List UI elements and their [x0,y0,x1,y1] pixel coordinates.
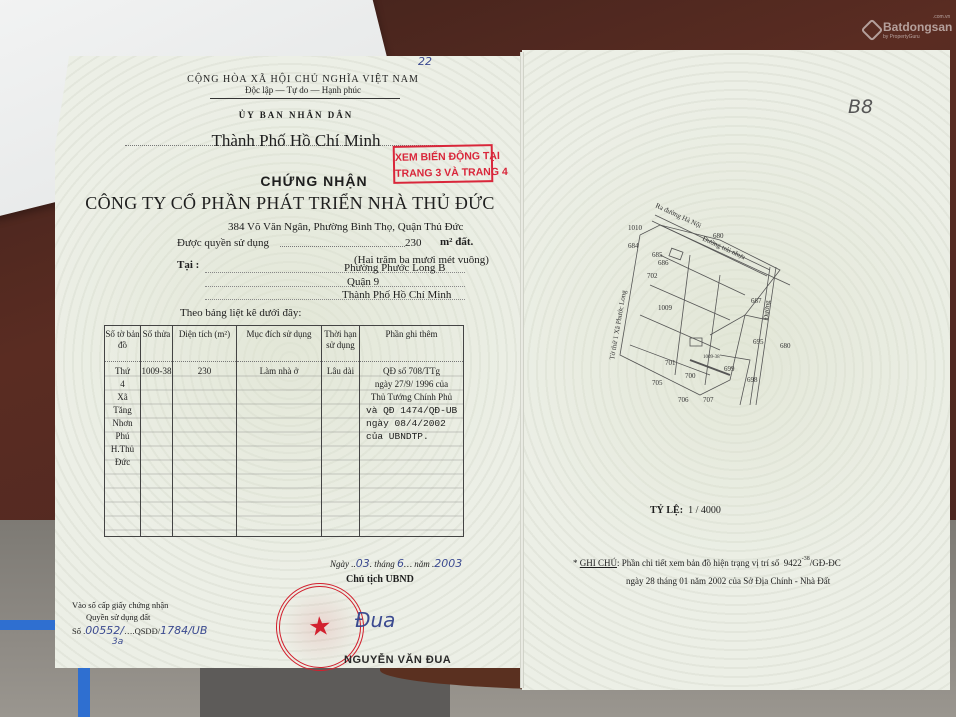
rights-dotted-line [280,246,405,247]
table-row: Thứ 4 Xã Tăng Nhơn Phú H.Thủ Đức 1009-38… [105,362,464,537]
signer-name: NGUYỄN VĂN ĐUA [344,654,451,666]
booklet-spine [520,52,524,688]
col-notes: Phần ghi thêm [360,326,464,362]
issue-day: 03 [356,557,370,570]
svg-text:1010: 1010 [628,224,643,232]
watermark-tagline: by PropertyGuru [883,34,952,40]
handwritten-page-number: 22 [418,55,432,68]
col-term: Thời hạn sử dụng [322,326,360,362]
svg-text:685: 685 [652,251,663,259]
chair-title: Chủ tịch UBND [346,574,414,585]
svg-text:699: 699 [724,365,735,373]
cell-term: Lâu dài [322,362,360,537]
svg-text:701: 701 [665,359,676,367]
svg-text:706: 706 [678,396,689,404]
national-motto: Độc lập — Tự do — Hạnh phúc [245,85,361,95]
svg-text:686: 686 [658,259,669,267]
registry-line-1: Vào số cấp giấy chứng nhận [72,600,168,610]
cell-parcel-no: 1009-38 [141,362,173,537]
area-value: 230 [405,237,422,249]
svg-text:702: 702 [647,272,658,280]
cell-map-sheet: Thứ 4 Xã Tăng Nhơn Phú H.Thủ Đức [105,362,141,537]
map-note-date: ngày 28 tháng 01 năm 2002 của Sở Địa Chí… [626,576,830,586]
svg-text:705: 705 [652,379,663,387]
map-scale: TỶ LỆ: 1 / 4000 [650,505,721,516]
col-parcel-no: Số thửa [141,326,173,362]
svg-text:680: 680 [780,342,791,350]
col-area: Diện tích (m²) [173,326,237,362]
certificate-title: CHỨNG NHẬN [260,173,367,189]
issue-date: Ngày ..03. tháng 6… năm .2003 [330,557,462,570]
svg-text:Đường: Đường [762,300,772,321]
issue-year: 2003 [434,557,462,570]
location-ward: Phường Phước Long B [344,262,445,274]
svg-text:1009-38: 1009-38 [703,355,720,360]
parcel-table: Số tờ bản đồ Số thửa Diện tích (m²) Mục … [104,325,464,537]
issue-month: 6 [397,557,404,570]
watermark: .com.vn Batdongsan by PropertyGuru [864,20,952,40]
watermark-brand: Batdongsan [883,20,952,34]
svg-text:707: 707 [703,396,714,404]
area-unit: m² đất. [440,236,473,248]
cell-notes: QĐ số 708/TTg ngày 27/9/ 1996 của Thủ Tư… [360,362,464,537]
star-icon: ★ [307,611,333,643]
location-label: Tại : [177,259,199,271]
parcel-map: Ra đường Hà Nội Đường trải nhựa Đường Tờ… [600,195,810,415]
svg-text:698: 698 [747,376,758,384]
house-logo-icon [861,19,884,42]
committee-label: ỦY BAN NHÂN DÂN [239,110,353,120]
holder-address: 384 Võ Văn Ngân, Phường Bình Thọ, Quận T… [228,221,463,233]
svg-text:1009: 1009 [658,304,673,312]
signature: Đua [355,608,415,638]
holder-name: CÔNG TY CỔ PHẦN PHÁT TRIỂN NHÀ THỦ ĐỨC [85,193,494,214]
cell-area: 230 [173,362,237,537]
svg-text:695: 695 [753,338,764,346]
svg-text:684: 684 [628,242,639,250]
col-map-sheet: Số tờ bản đồ [105,326,141,362]
location-city: Thành Phố Hồ Chí Minh [342,289,451,301]
list-caption: Theo bảng liệt kê dưới đây: [180,307,301,319]
location-dotted-line [205,286,465,287]
rights-label: Được quyền sử dụng [177,237,269,249]
map-note: * GHI CHÚ: Phần chi tiết xem bản đồ hiện… [573,558,841,568]
cell-purpose: Làm nhà ở [237,362,322,537]
change-notice-stamp: XEM BIẾN ĐỘNG TẠI TRANG 3 VÀ TRANG 4 [393,144,494,184]
issuing-city: Thành Phố Hồ Chí Minh [211,131,380,151]
registry-line-2: Quyền sử dụng đất [86,612,150,622]
col-purpose: Mục đích sử dụng [237,326,322,362]
registry-number: Số .00552/….QSDĐ/1784/UB 3a [72,624,207,647]
svg-text:700: 700 [685,372,696,380]
location-district: Quận 9 [347,276,379,288]
nation-header: CỘNG HÒA XÃ HỘI CHỦ NGHĨA VIỆT NAM [187,74,419,85]
handwritten-sheet-code: B8 [848,96,873,118]
table-header-row: Số tờ bản đồ Số thửa Diện tích (m²) Mục … [105,326,464,362]
motto-underline [210,98,400,99]
svg-text:687: 687 [751,297,762,305]
svg-text:680: 680 [713,232,724,240]
